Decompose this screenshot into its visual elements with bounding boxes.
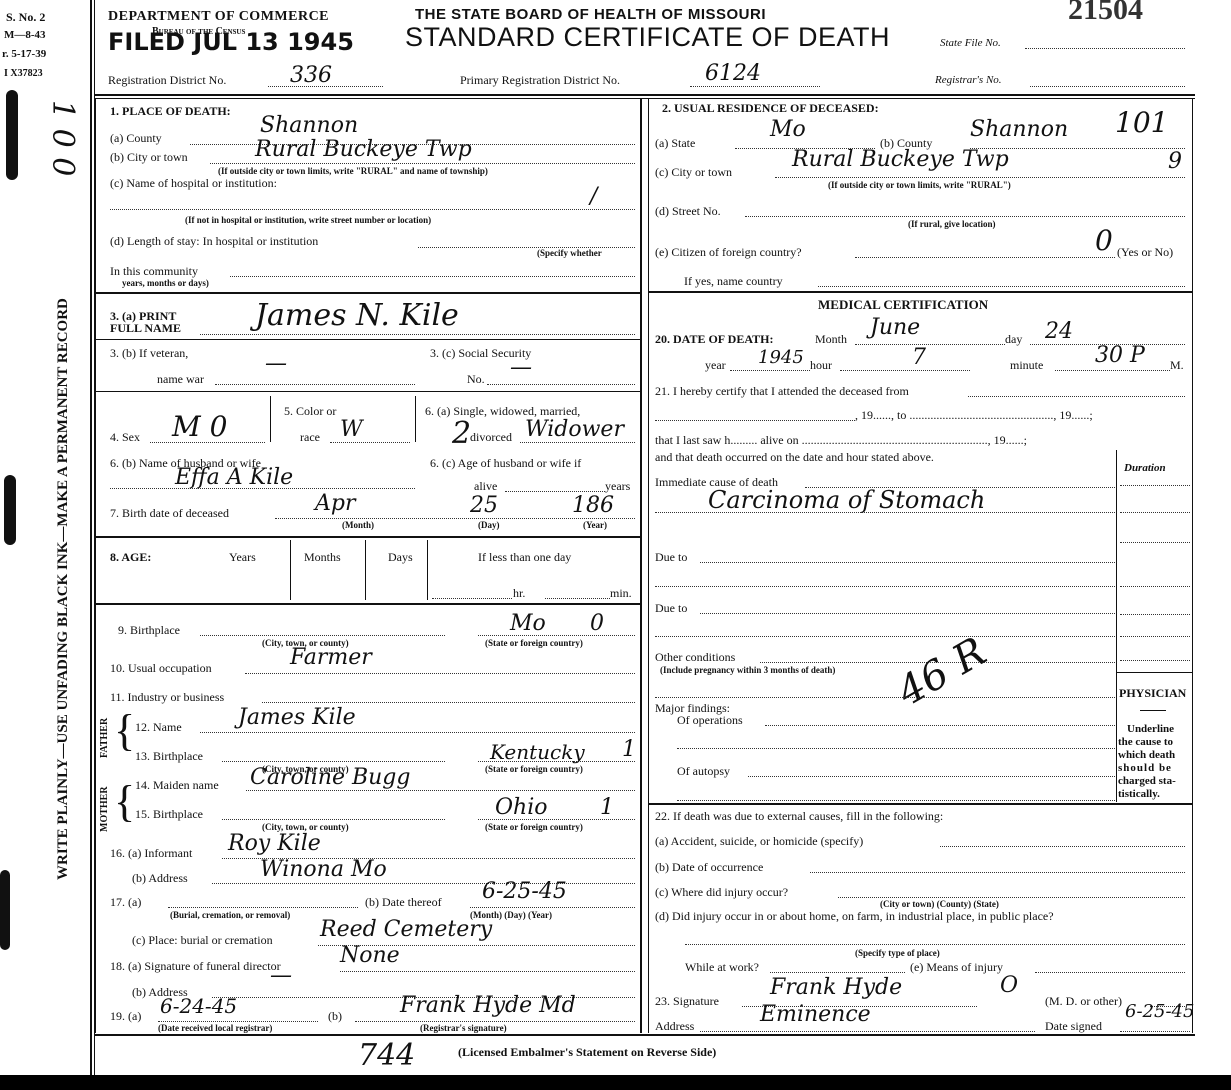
signature-mark: O <box>1000 974 1018 998</box>
work-label: While at work? <box>685 960 759 974</box>
occupation-label: 10. Usual occupation <box>110 661 212 675</box>
country-label: If yes, name country <box>684 274 783 288</box>
hospital-label: (c) Name of hospital or institution: <box>110 176 277 190</box>
death-day-label: day <box>1005 332 1022 346</box>
registrar-caption: (Registrar's signature) <box>420 1023 507 1033</box>
state-file-label: State File No. <box>940 36 1001 50</box>
department: DEPARTMENT OF COMMERCE <box>108 10 329 24</box>
informant-label: 16. (a) Informant <box>110 846 192 860</box>
marital-code: 2 <box>452 418 471 450</box>
spouse-age-label-2: alive <box>474 479 497 493</box>
father-name-value: James Kile <box>238 706 356 730</box>
received-label: 19. (a) <box>110 1009 141 1023</box>
father-brace: { <box>114 706 135 756</box>
certificate-number: 21504 <box>1068 0 1143 26</box>
other-conditions-note: (Include pregnancy within 3 months of de… <box>660 665 835 675</box>
last-saw-line: that I last saw h......... alive on ....… <box>655 433 1027 447</box>
form-code-2: M—8-43 <box>4 28 46 42</box>
form-code-3: r. 5-17-39 <box>2 47 46 61</box>
birth-year-value: 186 <box>572 494 614 518</box>
marital-value: Widower <box>525 418 624 442</box>
sex-value: M 0 <box>172 412 227 442</box>
physician-heading: PHYSICIAN <box>1119 686 1186 700</box>
mother-birthplace-value: Ohio <box>495 796 548 820</box>
age-days-label: Days <box>388 550 413 564</box>
primary-district-value: 6124 <box>705 62 761 86</box>
mother-brace: { <box>114 777 135 827</box>
other-conditions-label: Other conditions <box>655 650 735 664</box>
veteran-war-label: name war <box>157 372 204 386</box>
marital-label-1: 6. (a) Single, widowed, married, <box>425 404 580 418</box>
father-state-caption: (State or foreign country) <box>485 764 583 774</box>
duration-column-divider <box>1116 450 1117 802</box>
date-signed-value: 6-25-45 <box>1125 1000 1194 1024</box>
death-year-value: 1945 <box>758 346 804 370</box>
name-label-2: FULL NAME <box>110 321 181 335</box>
hospital-value: / <box>590 185 597 209</box>
column-divider <box>648 98 649 1033</box>
physician-note-2: the cause to <box>1118 736 1173 748</box>
mother-state-caption: (State or foreign country) <box>485 822 583 832</box>
birthplace-code: 0 <box>590 612 604 636</box>
age-label: 8. AGE: <box>110 550 151 564</box>
stay-note: (Specify whether <box>537 248 602 258</box>
certify-line-2: , 19......, to .........................… <box>855 408 1093 422</box>
signature-address-value: Eminence <box>760 1003 871 1027</box>
residence-city-value: Rural Buckeye Twp <box>792 148 1009 172</box>
birthplace-state-value: Mo <box>510 612 546 636</box>
mother-name-label: 14. Maiden name <box>135 778 219 792</box>
scan-artifact <box>0 870 10 950</box>
birthplace-label: 9. Birthplace <box>118 623 180 637</box>
scan-edge <box>0 1075 1231 1090</box>
autopsy-label: Of autopsy <box>677 764 730 778</box>
margin-border <box>90 0 92 1075</box>
father-birthplace-code: 1 <box>622 738 636 762</box>
birth-month-value: Apr <box>315 492 356 516</box>
sex-label: 4. Sex <box>110 430 140 444</box>
disposition-date-label: (b) Date thereof <box>365 895 442 909</box>
signature-address-label: Address <box>655 1019 694 1033</box>
director-label: 18. (a) Signature of funeral director <box>110 959 281 973</box>
medical-heading: MEDICAL CERTIFICATION <box>818 298 988 312</box>
street-label: (d) Street No. <box>655 204 721 218</box>
community-note: years, months or days) <box>122 278 209 288</box>
received-caption: (Date received local registrar) <box>158 1023 272 1033</box>
citizen-label: (e) Citizen of foreign country? <box>655 245 802 259</box>
death-minute-label: minute <box>1010 358 1043 372</box>
place-label: (c) Place: burial or cremation <box>132 933 273 947</box>
death-city-label: (b) City or town <box>110 150 188 164</box>
date-signed-label: Date signed <box>1045 1019 1102 1033</box>
director-address-value: — <box>270 964 292 988</box>
md-label: (M. D. or other) <box>1045 994 1122 1008</box>
residence-state-value: Mo <box>770 118 806 142</box>
death-hour-value: 7 <box>912 346 926 370</box>
duration-label: Duration <box>1124 461 1166 475</box>
scan-artifact <box>6 90 18 180</box>
means-label: (e) Means of injury <box>910 960 1003 974</box>
place-of-death-heading: 1. PLACE OF DEATH: <box>110 104 231 118</box>
embalmer-note: (Licensed Embalmer's Statement on Revers… <box>458 1045 716 1059</box>
m-label: M. <box>1170 358 1184 372</box>
column-divider <box>640 98 642 1033</box>
occupation-value: Farmer <box>290 646 372 670</box>
birth-day-value: 25 <box>470 494 498 518</box>
death-county-value: Shannon <box>260 114 358 138</box>
father-side-label: FATHER <box>99 718 110 758</box>
external-heading: 22. If death was due to external causes,… <box>655 809 943 823</box>
residence-county-value: Shannon <box>970 118 1068 142</box>
director-value: None <box>340 944 400 968</box>
mother-name-value: Caroline Bugg <box>250 766 410 790</box>
file-number: 744 <box>358 1040 415 1072</box>
death-city-note: (If outside city or town limits, write "… <box>218 166 488 176</box>
due-to-2-label: Due to <box>655 601 687 615</box>
received-value: 6-24-45 <box>160 994 237 1018</box>
day-caption: (Day) <box>478 520 500 530</box>
signature-label: 23. Signature <box>655 994 719 1008</box>
veteran-label: 3. (b) If veteran, <box>110 346 188 360</box>
father-name-label: 12. Name <box>135 720 182 734</box>
full-name-value: James N. Kile <box>255 300 459 332</box>
father-birthplace-value: Kentucky <box>490 740 585 764</box>
death-hour-label: hour <box>810 358 832 372</box>
industry-label: 11. Industry or business <box>110 690 224 704</box>
burial-label: 17. (a) <box>110 895 141 909</box>
form-code-1: S. No. 2 <box>6 10 45 24</box>
registrar-value: Frank Hyde Md <box>400 994 576 1018</box>
disposition-date-value: 6-25-45 <box>482 880 567 904</box>
physician-note-4: should be <box>1118 762 1172 774</box>
father-birthplace-label: 13. Birthplace <box>135 749 203 763</box>
marital-label-2: divorced <box>470 430 512 444</box>
state-caption: (State or foreign country) <box>485 638 583 648</box>
race-label-1: 5. Color or <box>284 404 336 418</box>
hr-label: hr. <box>513 586 525 600</box>
death-county-label: (a) County <box>110 131 162 145</box>
stay-label: (d) Length of stay: In hospital or insti… <box>110 234 318 248</box>
race-value: W <box>340 418 363 442</box>
residence-city-note: (If outside city or town limits, write "… <box>828 180 1011 190</box>
race-label-2: race <box>300 430 320 444</box>
residence-heading: 2. USUAL RESIDENCE OF DECEASED: <box>662 101 879 115</box>
board-title: THE STATE BOARD OF HEALTH OF MISSOURI <box>415 6 766 23</box>
mother-birthplace-label: 15. Birthplace <box>135 807 203 821</box>
external-b-label: (b) Date of occurrence <box>655 860 763 874</box>
hospital-note: (If not in hospital or institution, writ… <box>185 215 431 225</box>
year-caption: (Year) <box>583 520 607 530</box>
external-c-captions: (City or town) (County) (State) <box>880 899 999 909</box>
registrar-label: (b) <box>328 1009 342 1023</box>
street-note: (If rural, give location) <box>908 219 995 229</box>
certify-label: 21. I hereby certify that I attended the… <box>655 384 909 398</box>
min-label: min. <box>610 586 632 600</box>
external-d-caption: (Specify type of place) <box>855 948 940 958</box>
community-label: In this community <box>110 264 198 278</box>
scan-artifact <box>4 475 16 545</box>
registration-district-label: Registration District No. <box>108 73 226 87</box>
death-year-label: year <box>705 358 726 372</box>
registrars-no-label: Registrar's No. <box>935 73 1002 87</box>
death-month-value: June <box>870 316 920 340</box>
physician-note-1: Underline <box>1127 723 1174 735</box>
vertical-notice: WRITE PLAINLY—USE UNFADING BLACK INK—MAK… <box>55 298 72 880</box>
filed-stamp: FILED JUL 13 1945 <box>108 28 354 56</box>
spouse-value: Effa A Kile <box>175 466 293 490</box>
occurred-line: and that death occurred on the date and … <box>655 450 934 464</box>
ss-value: — <box>510 356 532 380</box>
informant-address-label: (b) Address <box>132 871 188 885</box>
due-to-1-label: Due to <box>655 550 687 564</box>
burial-caption: (Burial, cremation, or removal) <box>170 910 290 920</box>
citizen-note: (Yes or No) <box>1117 245 1173 259</box>
immediate-cause-value: Carcinoma of Stomach <box>708 488 985 512</box>
age-months-label: Months <box>304 550 341 564</box>
place-value: Reed Cemetery <box>320 918 492 942</box>
age-years-label: Years <box>229 550 256 564</box>
physician-note-3: which death <box>1118 749 1175 761</box>
external-d-label: (d) Did injury occur in or about home, o… <box>655 909 1054 923</box>
residence-state-label: (a) State <box>655 136 695 150</box>
mother-side-label: MOTHER <box>99 786 110 832</box>
veteran-value: — <box>265 352 287 376</box>
spouse-age-unit: years <box>605 479 630 493</box>
informant-address-value: Winona Mo <box>260 858 387 882</box>
registration-district-value: 336 <box>290 64 332 88</box>
certificate-title: STANDARD CERTIFICATE OF DEATH <box>405 22 890 53</box>
form-code-4: I X37823 <box>4 67 43 81</box>
citizen-value: 0 <box>1095 226 1113 256</box>
residence-city-label: (c) City or town <box>655 165 732 179</box>
informant-value: Roy Kile <box>228 832 321 856</box>
residence-city-code: 9 <box>1168 150 1182 174</box>
death-date-label: 20. DATE OF DEATH: <box>655 332 773 346</box>
code-mark: 46 R <box>890 630 993 715</box>
birth-label: 7. Birth date of deceased <box>110 506 229 520</box>
death-day-value: 24 <box>1045 320 1073 344</box>
external-a-label: (a) Accident, suicide, or homicide (spec… <box>655 834 863 848</box>
physician-note-6: tistically. <box>1118 788 1160 800</box>
residence-county-code: 101 <box>1115 108 1168 138</box>
ss-no-label: No. <box>467 372 485 386</box>
mother-birthplace-code: 1 <box>600 796 614 820</box>
death-minute-value: 30 P <box>1095 344 1145 368</box>
less-than-day-label: If less than one day <box>478 550 571 564</box>
physician-note-5: charged sta- <box>1118 775 1176 787</box>
primary-district-label: Primary Registration District No. <box>460 73 620 87</box>
spouse-age-label-1: 6. (c) Age of husband or wife if <box>430 456 581 470</box>
external-c-label: (c) Where did injury occur? <box>655 885 788 899</box>
operations-label: Of operations <box>677 713 743 727</box>
death-city-value: Rural Buckeye Twp <box>255 138 472 162</box>
death-month-label: Month <box>815 332 847 346</box>
signature-value: Frank Hyde <box>770 976 902 1000</box>
month-caption: (Month) <box>342 520 374 530</box>
